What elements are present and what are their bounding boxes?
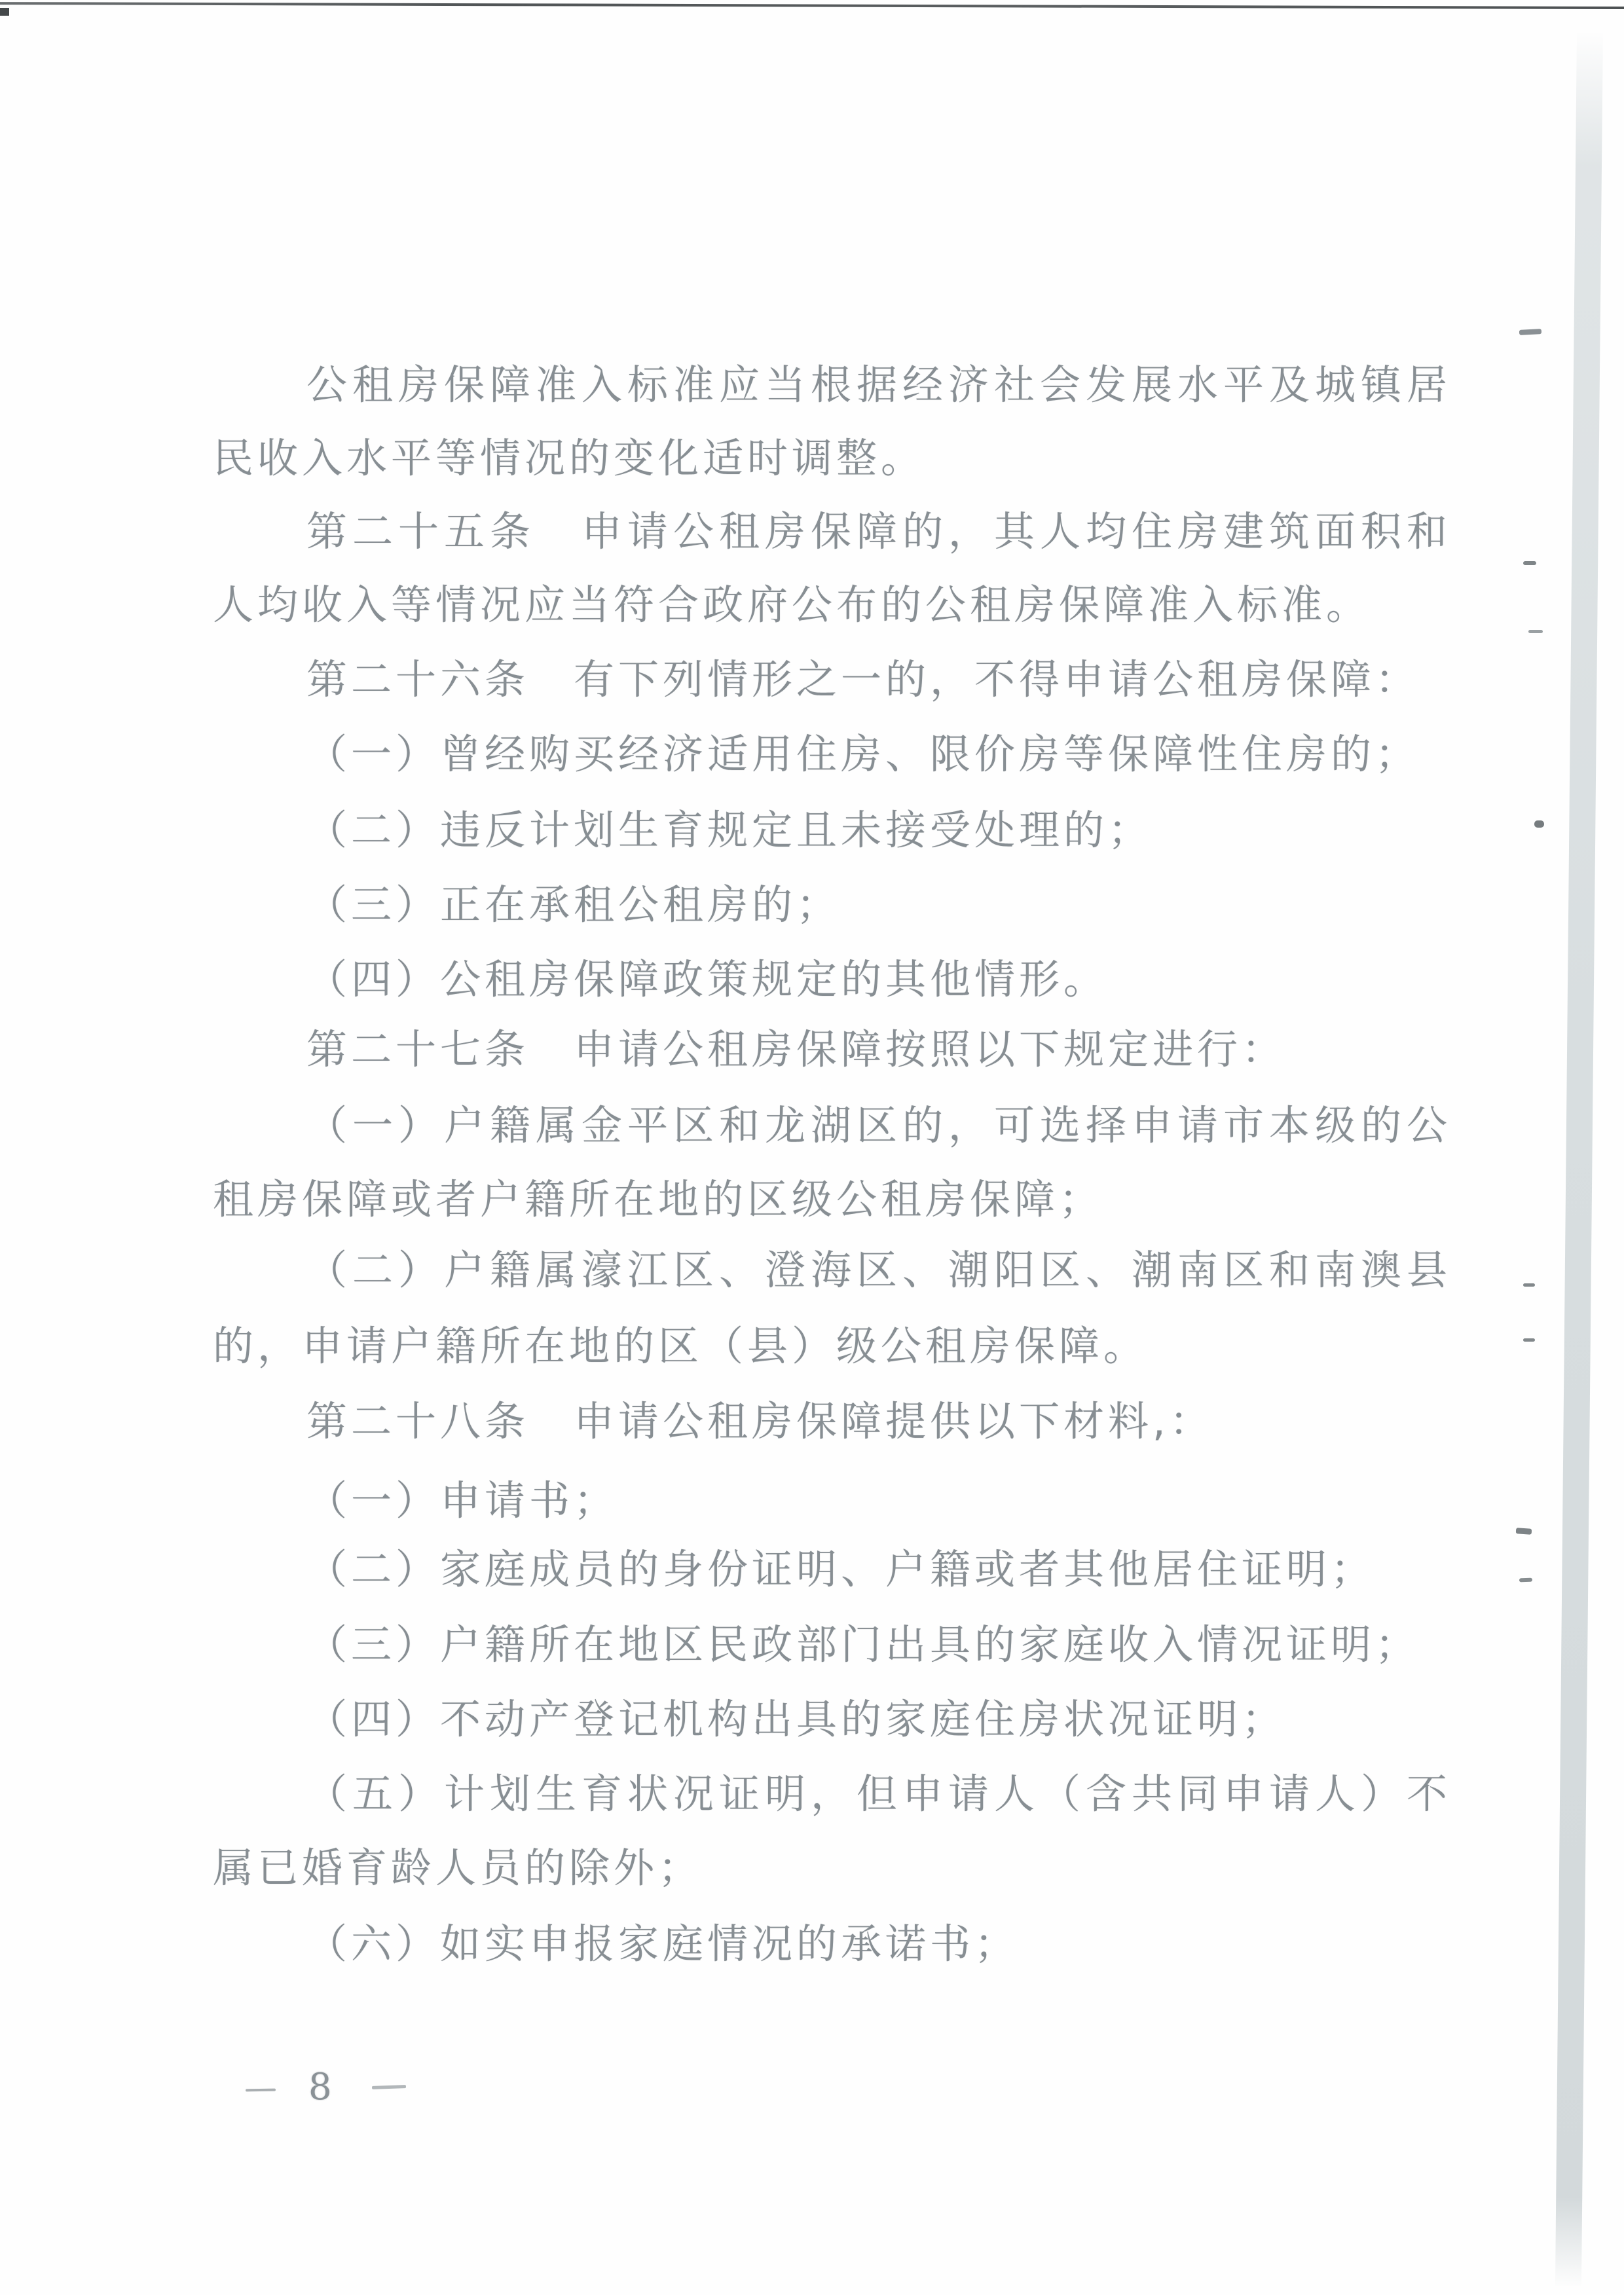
footer-dash <box>372 2085 406 2089</box>
text-line: 的，申请户籍所在地的区（县）级公租房保障。 <box>213 1325 1148 1367</box>
scan-corner-artifact <box>0 8 9 16</box>
scan-right-edge-artifact <box>1555 30 1603 2288</box>
margin-smudge <box>1523 561 1536 565</box>
text-line: 公租房保障准入标准应当根据经济社会发展水平及城镇居 <box>306 364 1452 406</box>
text-line: 租房保障或者户籍所在地的区级公租房保障； <box>213 1179 1103 1221</box>
text-line-item-1: （一）户籍属金平区和龙湖区的，可选择申请市本级的公 <box>306 1105 1452 1147</box>
text-line-item-1: （一）曾经购买经济适用住房、限价房等保障性住房的； <box>306 733 1420 775</box>
margin-smudge <box>1519 1578 1532 1583</box>
margin-smudge <box>1528 630 1543 633</box>
text-line-item-2: （二）户籍属濠江区、澄海区、潮阳区、潮南区和南澳县 <box>306 1249 1452 1291</box>
margin-smudge <box>1523 1338 1535 1342</box>
text-line-item-3: （三）正在承租公租房的； <box>306 884 841 926</box>
text-line-item-4: （四）不动产登记机构出具的家庭住房状况证明； <box>306 1698 1286 1740</box>
margin-smudge <box>1519 329 1541 335</box>
text-line: 属已婚育龄人员的除外； <box>213 1847 703 1889</box>
text-line-item-2: （二）违反计划生育规定且未接受处理的； <box>306 809 1153 851</box>
text-line-item-5: （五）计划生育状况证明，但申请人（含共同申请人）不 <box>306 1773 1452 1815</box>
footer-dash <box>246 2089 276 2092</box>
scan-top-edge-artifact <box>0 2 1624 9</box>
text-line-item-2: （二）家庭成员的身份证明、户籍或者其他居住证明； <box>306 1549 1375 1590</box>
text-line-item-1: （一）申请书； <box>306 1480 618 1522</box>
text-line-article-26: 第二十六条 有下列情形之一的，不得申请公租房保障： <box>306 659 1420 701</box>
scanned-document-page: 公租房保障准入标准应当根据经济社会发展水平及城镇居 民收入水平等情况的变化适时调… <box>0 0 1624 2295</box>
text-line-article-25: 第二十五条 申请公租房保障的，其人均住房建筑面积和 <box>306 511 1452 553</box>
text-line: 人均收入等情况应当符合政府公布的公租房保障准入标准。 <box>213 584 1371 626</box>
text-line: 民收入水平等情况的变化适时调整。 <box>213 437 925 479</box>
margin-smudge <box>1516 1528 1532 1535</box>
page-number: 8 <box>308 2069 332 2106</box>
text-line-article-27: 第二十七条 申请公租房保障按照以下规定进行： <box>306 1029 1286 1071</box>
margin-smudge <box>1523 1283 1535 1287</box>
text-line-item-4: （四）公租房保障政策规定的其他情形。 <box>306 959 1108 1001</box>
margin-smudge <box>1534 820 1544 828</box>
text-line-article-28: 第二十八条 申请公租房保障提供以下材料,： <box>306 1401 1214 1442</box>
text-line-item-3: （三）户籍所在地区民政部门出具的家庭收入情况证明； <box>306 1624 1420 1666</box>
text-line-item-6: （六）如实申报家庭情况的承诺书； <box>306 1923 1019 1965</box>
